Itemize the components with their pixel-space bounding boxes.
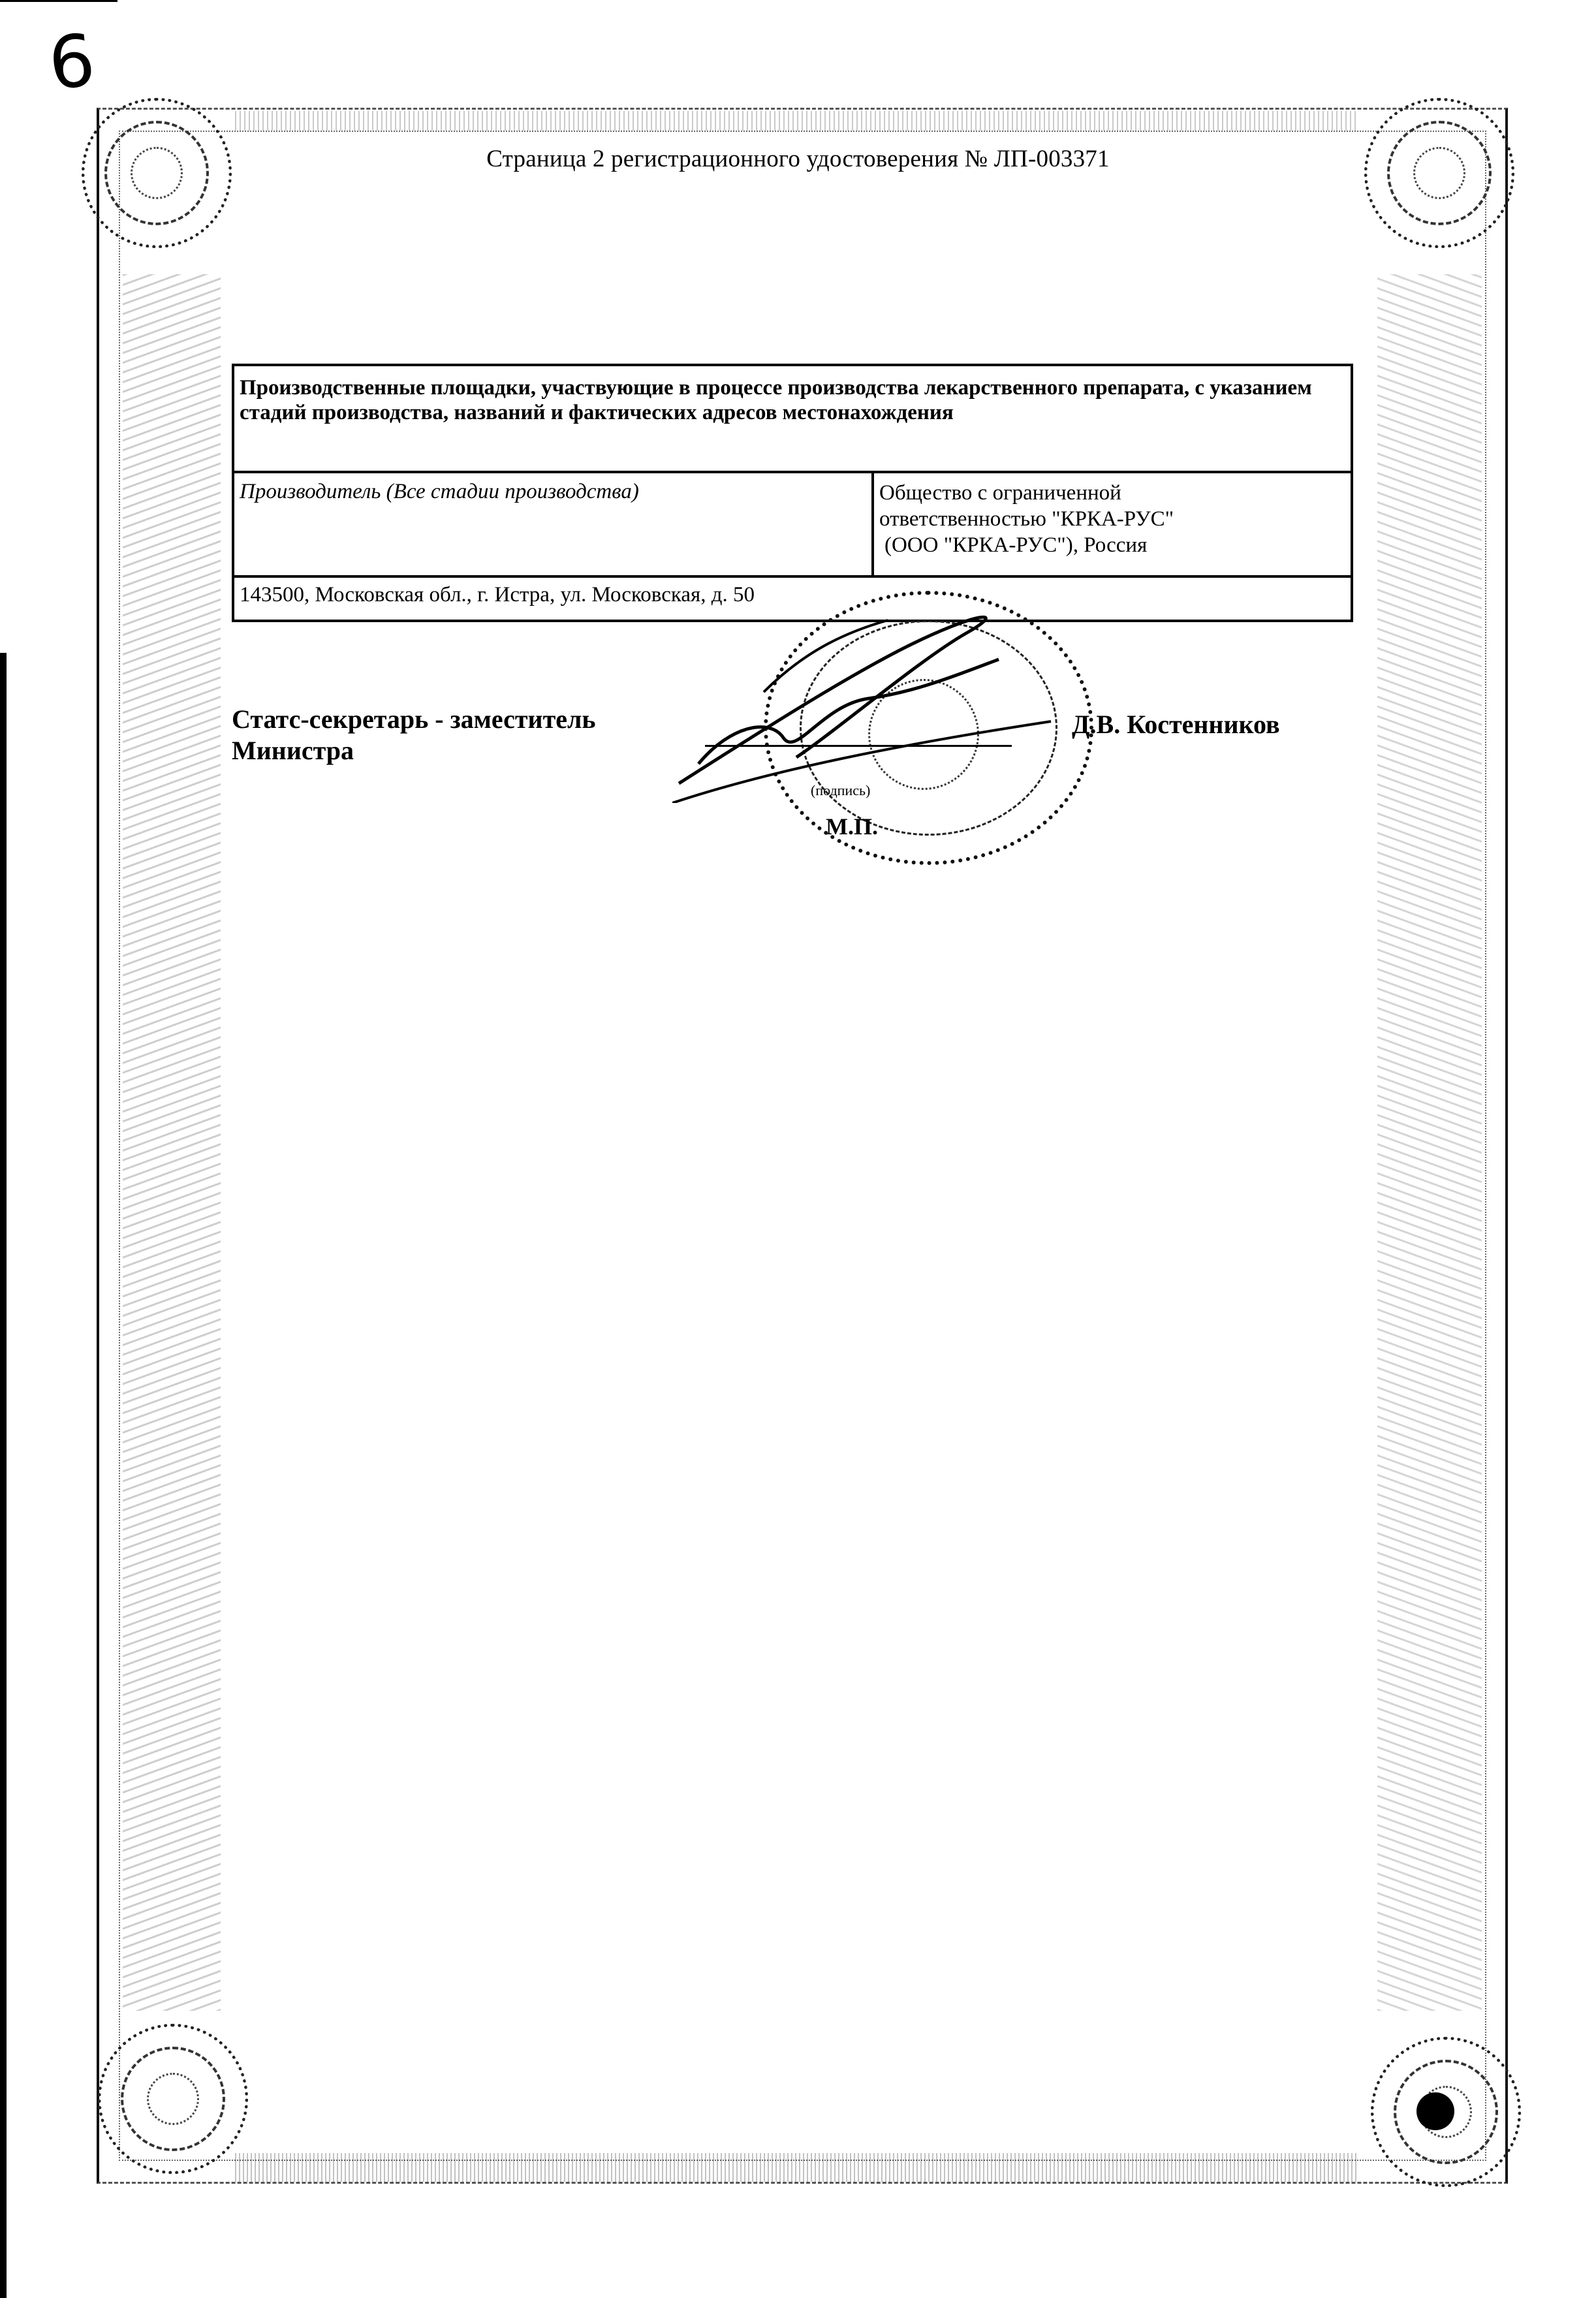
scan-edge-top [0, 0, 117, 2]
handwritten-page-number: 6 [45, 24, 98, 101]
rosette-ornament-icon [98, 2024, 248, 2174]
production-sites-table: Производственные площадки, участвующие в… [232, 364, 1353, 622]
scan-edge-left [0, 653, 7, 2298]
organization-line: Общество с ограниченной [879, 480, 1345, 506]
seal-place-mark: М.П. [826, 813, 878, 840]
signatory-name: Д.В. Костенников [1072, 709, 1280, 740]
handwritten-signature-icon [672, 607, 1077, 803]
signature-caption: (подпись) [811, 782, 870, 799]
table-header-row: Производственные площадки, участвующие в… [233, 365, 1352, 472]
signature-line [705, 745, 1012, 747]
organization-line: (ООО "КРКА-РУС"), Россия [879, 532, 1345, 558]
guilloche-pattern-bottom [235, 2153, 1358, 2182]
organization-line: ответственностью "КРКА-РУС" [879, 506, 1345, 532]
signatory-position-line: Министра [232, 735, 596, 766]
organization-cell: Общество с ограниченной ответственностью… [873, 472, 1352, 576]
guilloche-pattern-left [123, 274, 221, 2011]
table-row: Производитель (Все стадии производства) … [233, 472, 1352, 576]
hole-punch-mark [1416, 2092, 1454, 2130]
guilloche-pattern-top [235, 111, 1358, 131]
signatory-position-line: Статс-секретарь - заместитель [232, 704, 596, 735]
production-stage-cell: Производитель (Все стадии производства) [233, 472, 873, 576]
page-title: Страница 2 регистрационного удостоверени… [0, 145, 1596, 173]
signatory-position: Статс-секретарь - заместитель Министра [232, 704, 596, 766]
rosette-ornament-icon [1364, 98, 1514, 248]
rosette-ornament-icon [82, 98, 232, 248]
table-header-cell: Производственные площадки, участвующие в… [233, 365, 1352, 472]
guilloche-pattern-right [1377, 274, 1482, 2011]
